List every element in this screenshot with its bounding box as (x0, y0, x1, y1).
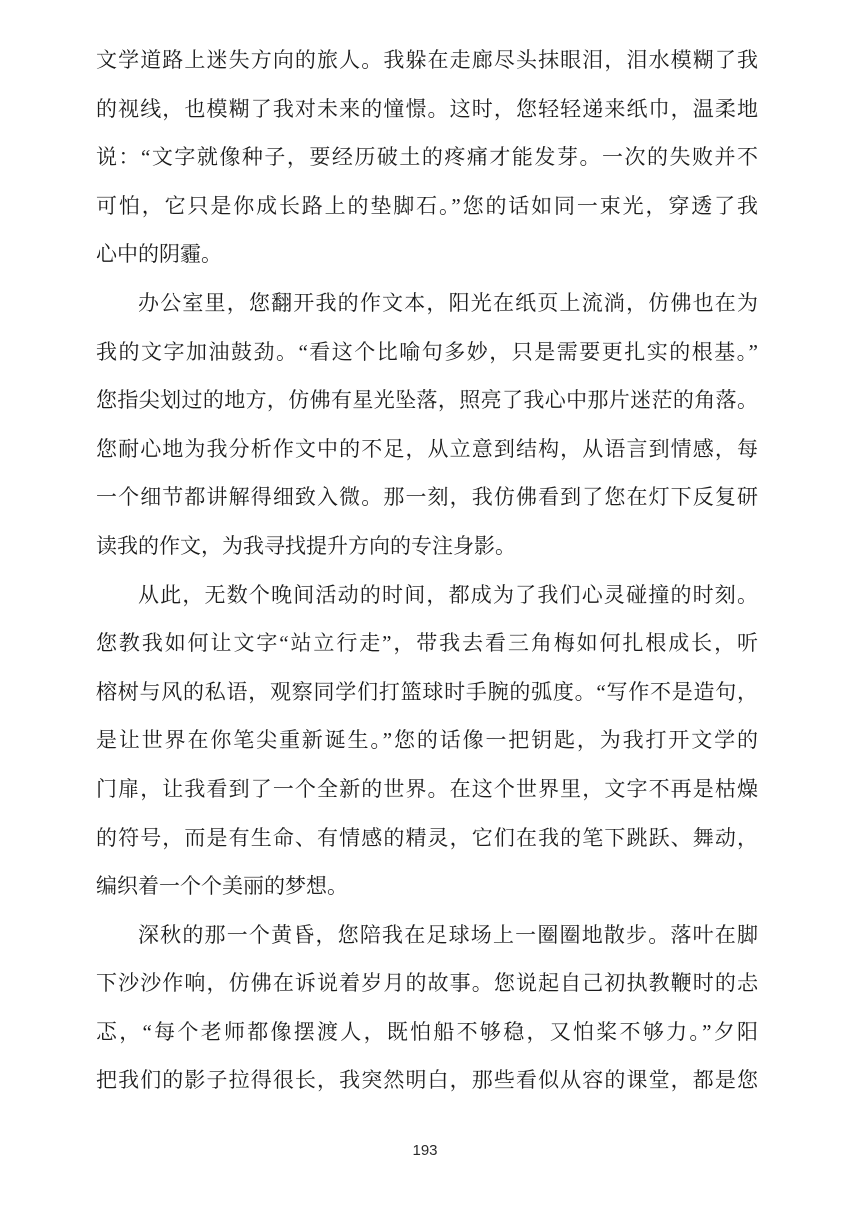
text-line: 的视线，也模糊了我对未来的憧憬。这时，您轻轻递来纸巾，温柔地 (96, 85, 758, 134)
text-line: 读我的作文，为我寻找提升方向的专注身影。 (96, 522, 758, 571)
text-line: 编织着一个个美丽的梦想。 (96, 862, 758, 911)
text-line: 门扉，让我看到了一个全新的世界。在这个世界里，文字不再是枯燥 (96, 765, 758, 814)
text-line: 的符号，而是有生命、有情感的精灵，它们在我的笔下跳跃、舞动， (96, 814, 758, 863)
text-line: 文学道路上迷失方向的旅人。我躲在走廊尽头抹眼泪，泪水模糊了我 (96, 36, 758, 85)
text-line: 可怕，它只是你成长路上的垫脚石。”您的话如同一束光，穿透了我 (96, 182, 758, 231)
text-line: 您教我如何让文字“站立行走”，带我去看三角梅如何扎根成长，听 (96, 619, 758, 668)
paragraph: 办公室里，您翻开我的作文本，阳光在纸页上流淌，仿佛也在为我的文字加油鼓劲。“看这… (96, 279, 758, 571)
page-number: 193 (0, 1142, 850, 1159)
document-page: 文学道路上迷失方向的旅人。我躲在走廊尽头抹眼泪，泪水模糊了我的视线，也模糊了我对… (0, 0, 850, 1205)
text-line: 下沙沙作响，仿佛在诉说着岁月的故事。您说起自己初执教鞭时的忐 (96, 959, 758, 1008)
text-line: 榕树与风的私语，观察同学们打篮球时手腕的弧度。“写作不是造句， (96, 668, 758, 717)
text-body: 文学道路上迷失方向的旅人。我躲在走廊尽头抹眼泪，泪水模糊了我的视线，也模糊了我对… (96, 36, 758, 1105)
text-line: 深秋的那一个黄昏，您陪我在足球场上一圈圈地散步。落叶在脚 (96, 911, 758, 960)
text-line: 是让世界在你笔尖重新诞生。”您的话像一把钥匙，为我打开文学的 (96, 716, 758, 765)
text-line: 说：“文字就像种子，要经历破土的疼痛才能发芽。一次的失败并不 (96, 133, 758, 182)
text-line: 从此，无数个晚间活动的时间，都成为了我们心灵碰撞的时刻。 (96, 571, 758, 620)
text-line: 忑，“每个老师都像摆渡人，既怕船不够稳，又怕桨不够力。”夕阳 (96, 1008, 758, 1057)
paragraph: 文学道路上迷失方向的旅人。我躲在走廊尽头抹眼泪，泪水模糊了我的视线，也模糊了我对… (96, 36, 758, 279)
text-line: 心中的阴霾。 (96, 230, 758, 279)
text-line: 我的文字加油鼓劲。“看这个比喻句多妙，只是需要更扎实的根基。” (96, 328, 758, 377)
text-line: 把我们的影子拉得很长，我突然明白，那些看似从容的课堂，都是您 (96, 1056, 758, 1105)
text-line: 您耐心地为我分析作文中的不足，从立意到结构，从语言到情感，每 (96, 425, 758, 474)
text-line: 办公室里，您翻开我的作文本，阳光在纸页上流淌，仿佛也在为 (96, 279, 758, 328)
text-line: 您指尖划过的地方，仿佛有星光坠落，照亮了我心中那片迷茫的角落。 (96, 376, 758, 425)
paragraph: 从此，无数个晚间活动的时间，都成为了我们心灵碰撞的时刻。您教我如何让文字“站立行… (96, 571, 758, 911)
text-line: 一个细节都讲解得细致入微。那一刻，我仿佛看到了您在灯下反复研 (96, 473, 758, 522)
paragraph: 深秋的那一个黄昏，您陪我在足球场上一圈圈地散步。落叶在脚下沙沙作响，仿佛在诉说着… (96, 911, 758, 1105)
